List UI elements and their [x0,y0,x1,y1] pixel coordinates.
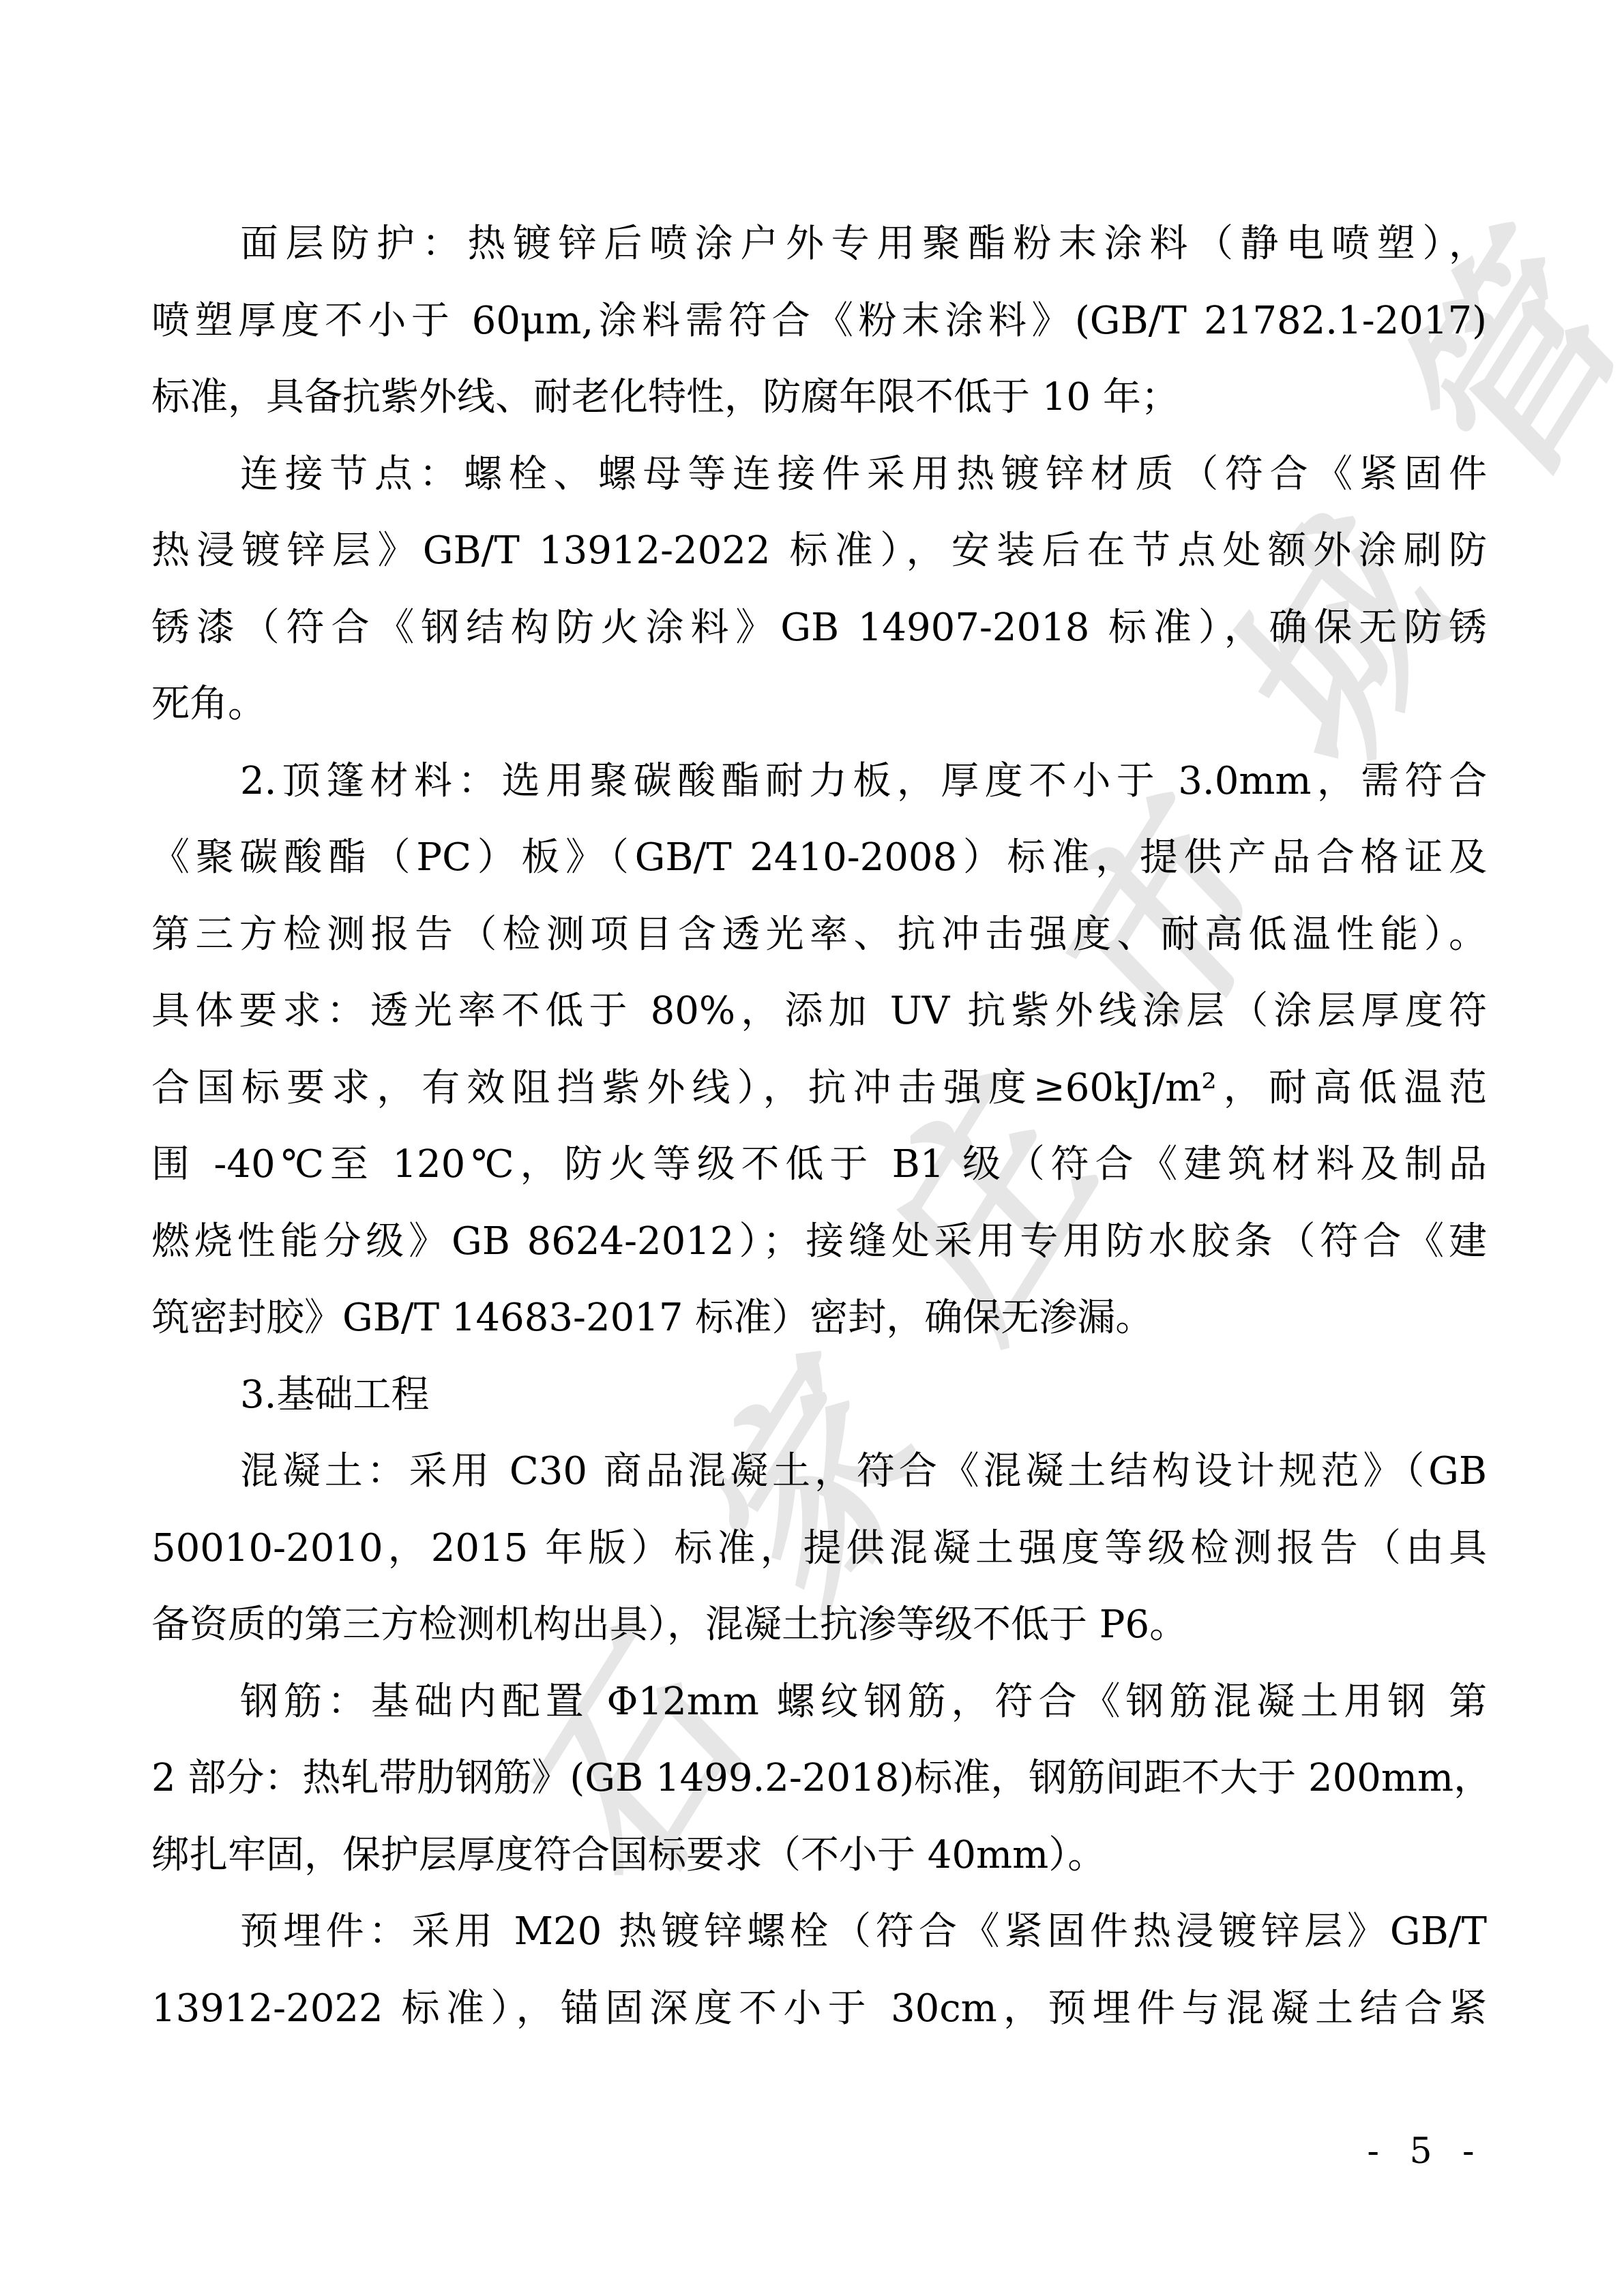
page-number: - 5 - [1354,2131,1497,2172]
text-line: 连接节点：螺栓、螺母等连接件采用热镀锌材质（符合《紧固件 [151,436,1487,513]
text-line: 筑密封胶》GB/T 14683-2017 标准）密封，确保无渗漏。 [151,1280,1487,1357]
text-line: 3.基础工程 [151,1357,1487,1434]
text-line: 预埋件：采用 M20 热镀锌螺栓（符合《紧固件热浸镀锌层》GB/T [151,1894,1487,1971]
text-line: 死角。 [151,666,1487,743]
text-line: 具体要求：透光率不低于 80%，添加 UV 抗紫外线涂层（涂层厚度符 [151,973,1487,1050]
text-line: 《聚碳酸酯（PC）板》（GB/T 2410-2008）标准，提供产品合格证及 [151,820,1487,897]
document-page: 石 家 庄 市 城 管 面层防护：热镀锌后喷涂户外专用聚酯粉末涂料（静电喷塑），… [0,0,1624,2296]
text-line: 围 -40℃至 120℃，防火等级不低于 B1 级（符合《建筑材料及制品 [151,1127,1487,1204]
text-line: 第三方检测报告（检测项目含透光率、抗冲击强度、耐高低温性能）。 [151,897,1487,974]
text-line: 锈漆（符合《钢结构防火涂料》GB 14907-2018 标准），确保无防锈 [151,590,1487,667]
text-line: 热浸镀锌层》GB/T 13912-2022 标准），安装后在节点处额外涂刷防 [151,513,1487,590]
text-line: 2 部分：热轧带肋钢筋》(GB 1499.2-2018)标准，钢筋间距不大于 2… [151,1740,1487,1817]
text-line: 合国标要求，有效阻挡紫外线），抗冲击强度≥60kJ/m²，耐高低温范 [151,1050,1487,1127]
text-line: 备资质的第三方检测机构出具），混凝土抗渗等级不低于 P6。 [151,1587,1487,1664]
text-line: 绑扎牢固，保护层厚度符合国标要求（不小于 40mm）。 [151,1817,1487,1894]
body-text: 面层防护：热镀锌后喷涂户外专用聚酯粉末涂料（静电喷塑），喷塑厚度不小于 60μm… [151,206,1487,2047]
text-line: 喷塑厚度不小于 60μm,涂料需符合《粉末涂料》(GB/T 21782.1-20… [151,283,1487,360]
text-line: 燃烧性能分级》GB 8624-2012）；接缝处采用专用防水胶条（符合《建 [151,1204,1487,1281]
text-line: 钢筋：基础内配置 Φ12mm 螺纹钢筋，符合《钢筋混凝土用钢 第 [151,1664,1487,1741]
text-line: 13912-2022 标准），锚固深度不小于 30cm，预埋件与混凝土结合紧 [151,1971,1487,2048]
text-line: 混凝土：采用 C30 商品混凝土，符合《混凝土结构设计规范》（GB [151,1433,1487,1510]
text-line: 50010-2010，2015 年版）标准，提供混凝土强度等级检测报告（由具 [151,1510,1487,1587]
text-line: 面层防护：热镀锌后喷涂户外专用聚酯粉末涂料（静电喷塑）， [151,206,1487,283]
text-line: 2.顶篷材料：选用聚碳酸酯耐力板，厚度不小于 3.0mm，需符合 [151,743,1487,820]
text-line: 标准，具备抗紫外线、耐老化特性，防腐年限不低于 10 年； [151,359,1487,436]
